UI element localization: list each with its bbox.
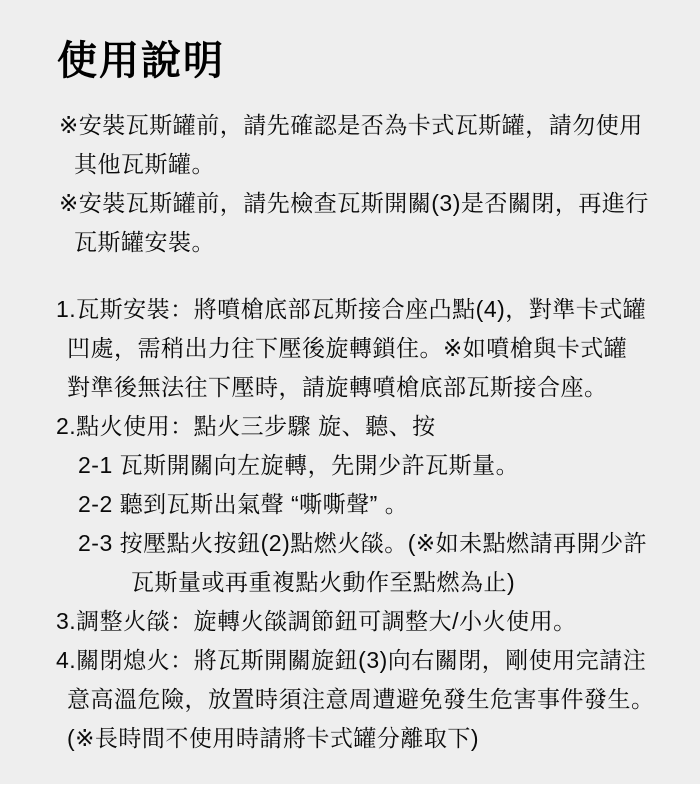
substep-line: 瓦斯量或再重複點火動作至點燃為止) <box>131 563 700 602</box>
substep-line: 2-2 聽到瓦斯出氣聲 “嘶嘶聲” 。 <box>78 485 700 524</box>
step-line: 1.瓦斯安裝：將噴槍底部瓦斯接合座凸點(4)，對準卡式罐 <box>56 290 700 329</box>
step-line: 4.關閉熄火：將瓦斯開關旋鈕(3)向右關閉，剛使用完請注 <box>56 641 700 680</box>
step-line: 3.調整火燄：旋轉火燄調節鈕可調整大/小火使用。 <box>56 602 700 641</box>
step-line: (※長時間不使用時請將卡式罐分離取下) <box>67 719 700 758</box>
substep-line: 2-1 瓦斯開關向左旋轉，先開少許瓦斯量。 <box>78 446 700 485</box>
substep-line: 2-3 按壓點火按鈕(2)點燃火燄。(※如未點燃請再開少許 <box>78 524 700 563</box>
step-line: 凹處，需稍出力往下壓後旋轉鎖住。※如噴槍與卡式罐 <box>67 329 700 368</box>
warning-line: 其他瓦斯罐。 <box>74 145 700 184</box>
warning-line: ※安裝瓦斯罐前，請先檢查瓦斯開關(3)是否關閉，再進行 <box>59 184 700 223</box>
warning-line: 瓦斯罐安裝。 <box>74 223 700 262</box>
step-line: 意高溫危險，放置時須注意周遭避免發生危害事件發生。 <box>67 680 700 719</box>
instruction-sheet: 使用說明 ※安裝瓦斯罐前，請先確認是否為卡式瓦斯罐，請勿使用 其他瓦斯罐。 ※安… <box>0 0 700 784</box>
instruction-body: ※安裝瓦斯罐前，請先確認是否為卡式瓦斯罐，請勿使用 其他瓦斯罐。 ※安裝瓦斯罐前… <box>0 106 700 758</box>
step-line: 對準後無法往下壓時，請旋轉噴槍底部瓦斯接合座。 <box>67 368 700 407</box>
step-line: 2.點火使用：點火三步驟 旋、聽、按 <box>56 407 700 446</box>
warning-line: ※安裝瓦斯罐前，請先確認是否為卡式瓦斯罐，請勿使用 <box>59 106 700 145</box>
section-spacer <box>0 262 700 290</box>
page-title: 使用說明 <box>0 0 700 84</box>
